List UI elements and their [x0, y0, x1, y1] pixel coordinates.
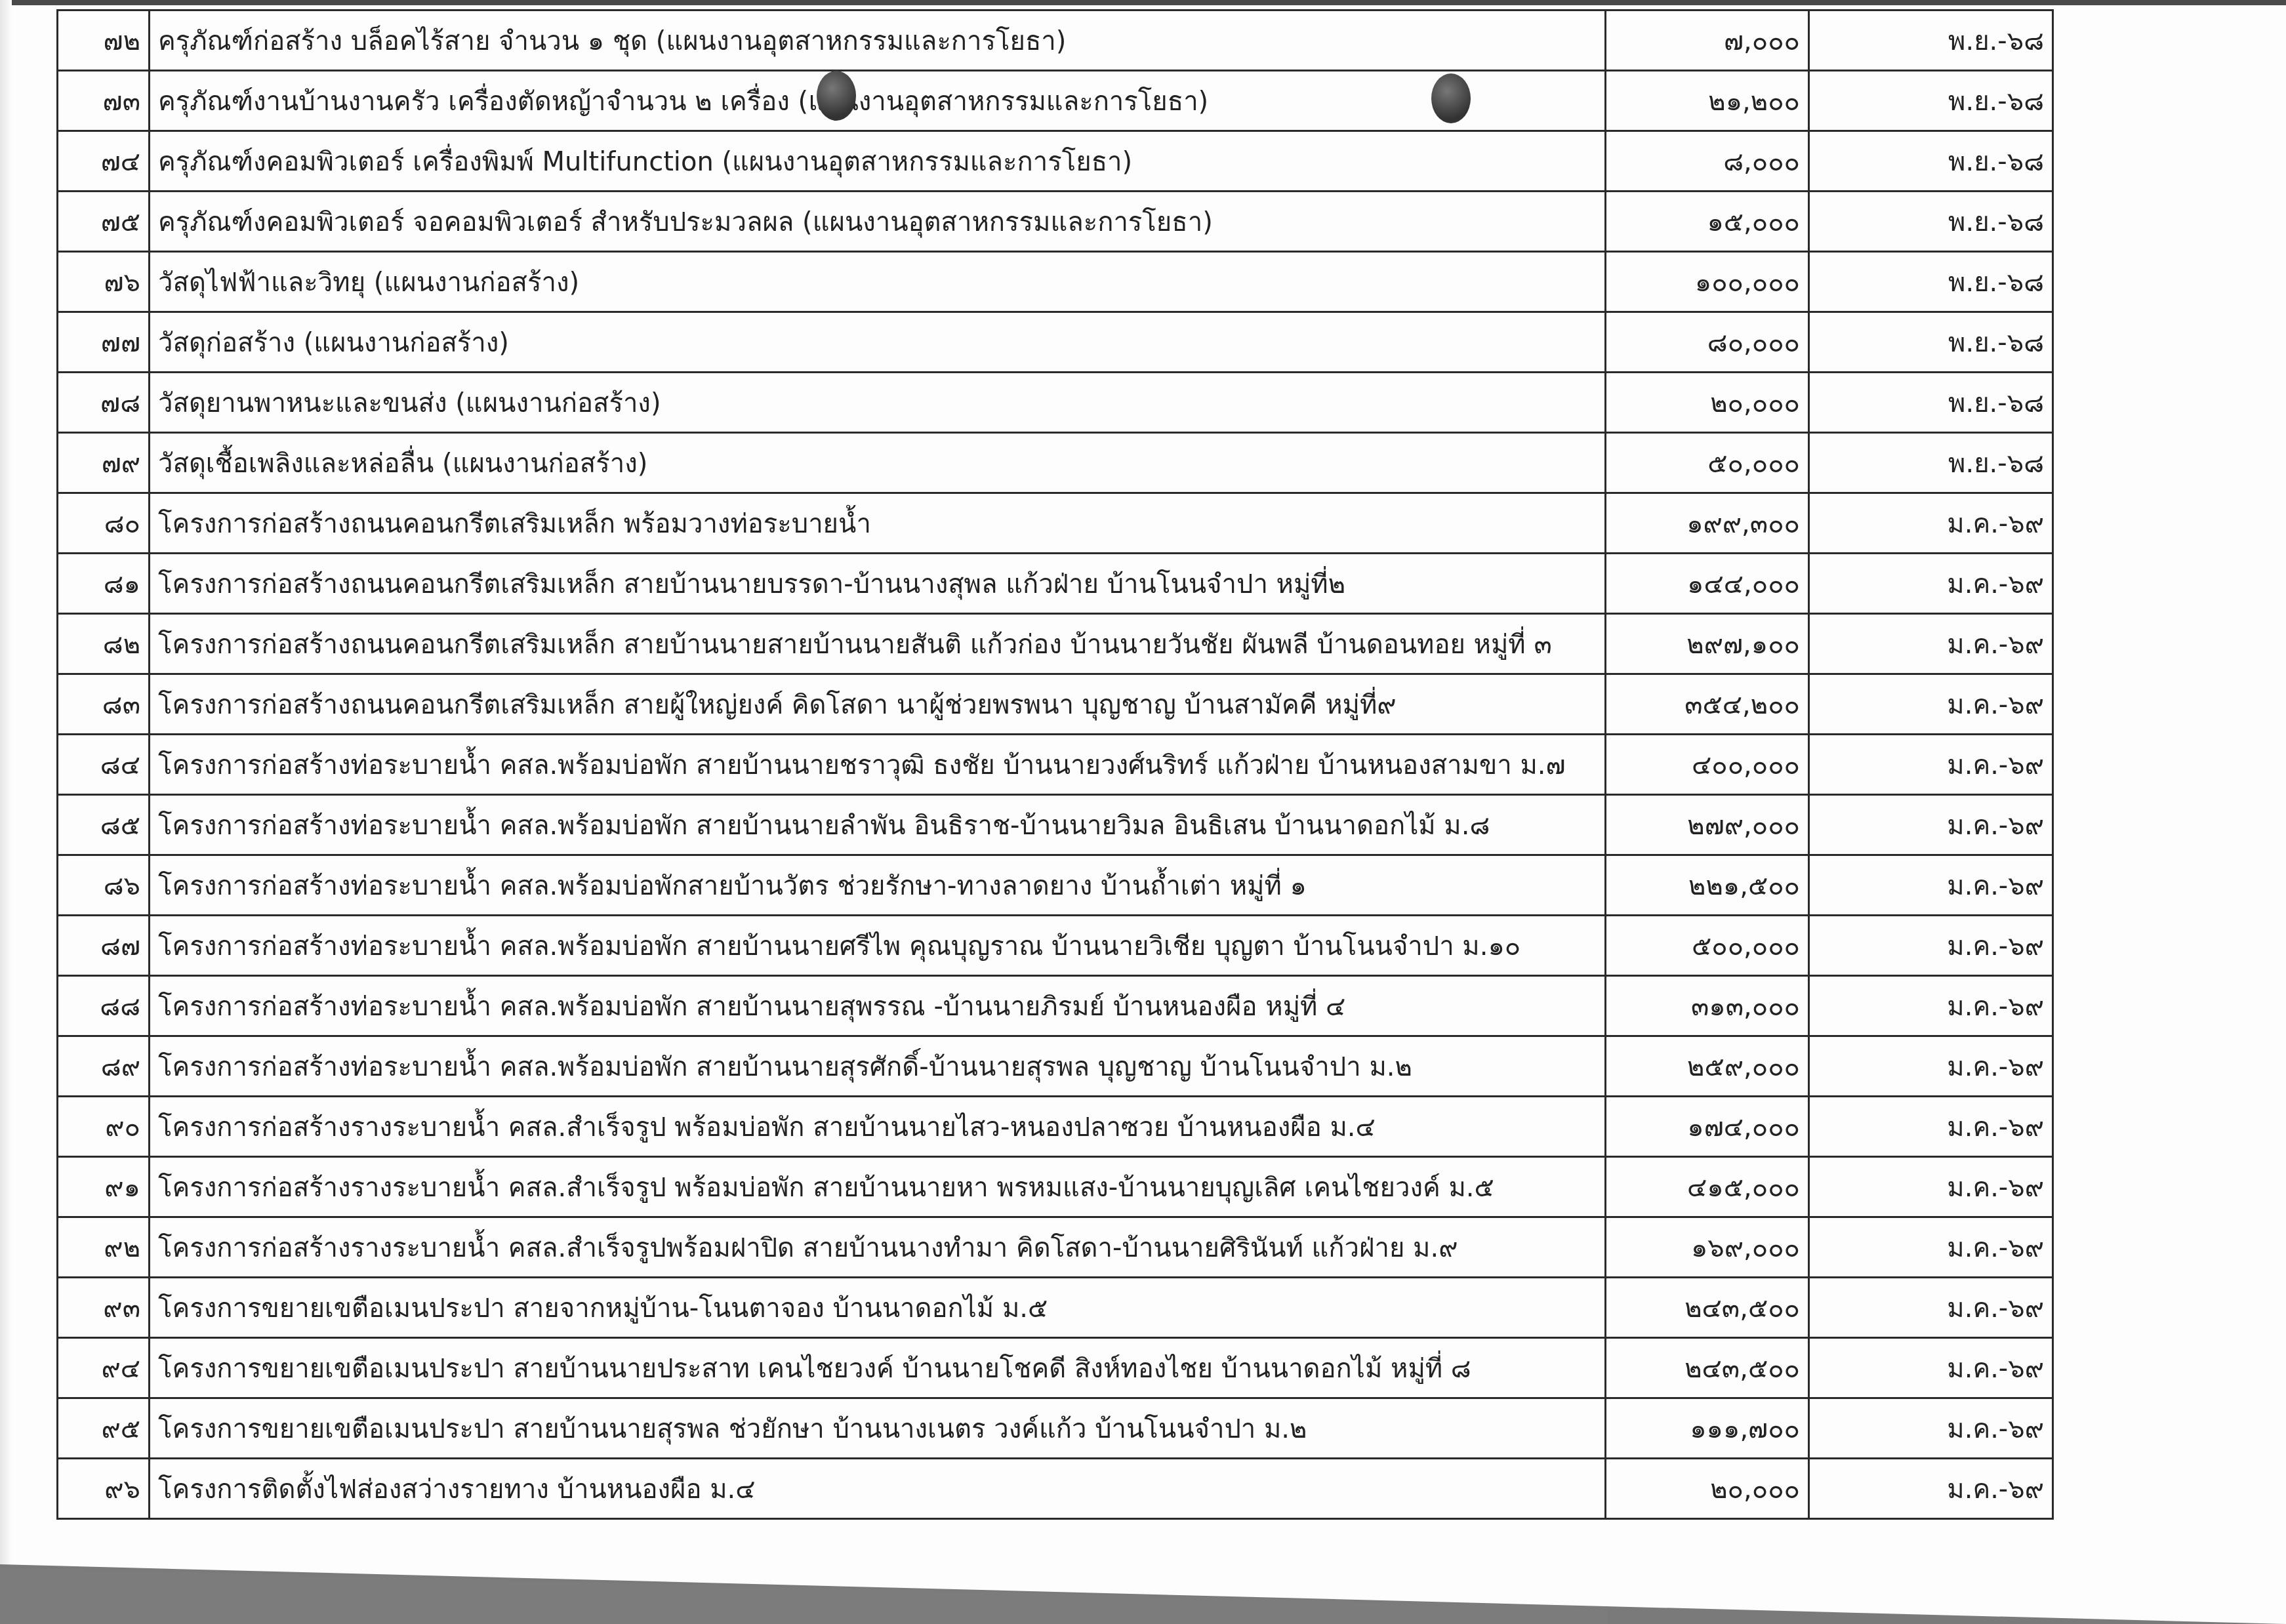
row-amount: ๘,๐๐๐: [1606, 131, 1809, 192]
row-number: ๘๔: [58, 735, 150, 795]
budget-table: ๗๒ครุภัณฑ์ก่อสร้าง บล็อคไร้สาย จำนวน ๑ ช…: [56, 9, 2054, 1520]
row-description: โครงการก่อสร้างรางระบายน้ำ คสล.สำเร็จรูป…: [150, 1217, 1606, 1278]
row-description: ครุภัณฑ์งานบ้านงานครัว เครื่องตัดหญ้าจำน…: [150, 71, 1606, 131]
row-description: ครุภัณฑ์งคอมพิวเตอร์ เครื่องพิมพ์ Multif…: [150, 131, 1606, 192]
table-row: ๘๖โครงการก่อสร้างท่อระบายน้ำ คสล.พร้อมบ่…: [58, 855, 2053, 916]
table-row: ๗๗วัสดุก่อสร้าง (แผนงานก่อสร้าง)๘๐,๐๐๐พ.…: [58, 312, 2053, 373]
row-amount: ๑๗๔,๐๐๐: [1606, 1097, 1809, 1157]
row-period: ม.ค.-๖๙: [1809, 1338, 2053, 1398]
row-description: โครงการก่อสร้างท่อระบายน้ำ คสล.พร้อมบ่อพ…: [150, 795, 1606, 855]
row-period: ม.ค.-๖๙: [1809, 795, 2053, 855]
row-period: ม.ค.-๖๙: [1809, 1217, 2053, 1278]
row-number: ๗๖: [58, 252, 150, 312]
row-number: ๘๗: [58, 916, 150, 976]
row-number: ๗๕: [58, 192, 150, 252]
row-period: ม.ค.-๖๙: [1809, 916, 2053, 976]
table-row: ๘๐โครงการก่อสร้างถนนคอนกรีตเสริมเหล็ก พร…: [58, 493, 2053, 554]
row-number: ๙๔: [58, 1338, 150, 1398]
row-number: ๘๕: [58, 795, 150, 855]
row-period: ม.ค.-๖๙: [1809, 1157, 2053, 1217]
row-period: พ.ย.-๖๘: [1809, 252, 2053, 312]
row-period: ม.ค.-๖๙: [1809, 1278, 2053, 1338]
table-row: ๗๖วัสดุไฟฟ้าและวิทยุ (แผนงานก่อสร้าง)๑๐๐…: [58, 252, 2053, 312]
row-amount: ๗,๐๐๐: [1606, 10, 1809, 71]
row-amount: ๑๕,๐๐๐: [1606, 192, 1809, 252]
row-period: พ.ย.-๖๘: [1809, 131, 2053, 192]
row-period: ม.ค.-๖๙: [1809, 554, 2053, 614]
table-row: ๙๑โครงการก่อสร้างรางระบายน้ำ คสล.สำเร็จร…: [58, 1157, 2053, 1217]
row-number: ๙๖: [58, 1459, 150, 1519]
punch-hole-right: [1431, 73, 1471, 123]
row-period: ม.ค.-๖๙: [1809, 493, 2053, 554]
table-row: ๗๙วัสดุเชื้อเพลิงและหล่อลื่น (แผนงานก่อส…: [58, 433, 2053, 493]
row-amount: ๒๔๓,๕๐๐: [1606, 1338, 1809, 1398]
row-amount: ๔๑๕,๐๐๐: [1606, 1157, 1809, 1217]
row-period: พ.ย.-๖๘: [1809, 71, 2053, 131]
row-period: ม.ค.-๖๙: [1809, 1097, 2053, 1157]
table-row: ๘๘โครงการก่อสร้างท่อระบายน้ำ คสล.พร้อมบ่…: [58, 976, 2053, 1036]
table-row: ๘๔โครงการก่อสร้างท่อระบายน้ำ คสล.พร้อมบ่…: [58, 735, 2053, 795]
row-description: โครงการก่อสร้างถนนคอนกรีตเสริมเหล็ก พร้อ…: [150, 493, 1606, 554]
row-description: โครงการขยายเขตือเมนประปา สายบ้านนายสุรพล…: [150, 1398, 1606, 1459]
table-row: ๗๒ครุภัณฑ์ก่อสร้าง บล็อคไร้สาย จำนวน ๑ ช…: [58, 10, 2053, 71]
row-number: ๗๗: [58, 312, 150, 373]
row-amount: ๒๗๙,๐๐๐: [1606, 795, 1809, 855]
row-number: ๘๓: [58, 674, 150, 735]
row-amount: ๓๕๔,๒๐๐: [1606, 674, 1809, 735]
row-description: วัสดุไฟฟ้าและวิทยุ (แผนงานก่อสร้าง): [150, 252, 1606, 312]
row-amount: ๕๐๐,๐๐๐: [1606, 916, 1809, 976]
row-description: วัสดุเชื้อเพลิงและหล่อลื่น (แผนงานก่อสร้…: [150, 433, 1606, 493]
row-amount: ๑๔๔,๐๐๐: [1606, 554, 1809, 614]
row-period: ม.ค.-๖๙: [1809, 1036, 2053, 1097]
row-amount: ๓๑๓,๐๐๐: [1606, 976, 1809, 1036]
row-period: ม.ค.-๖๙: [1809, 1459, 2053, 1519]
table-row: ๘๕โครงการก่อสร้างท่อระบายน้ำ คสล.พร้อมบ่…: [58, 795, 2053, 855]
row-description: โครงการก่อสร้างท่อระบายน้ำ คสล.พร้อมบ่อพ…: [150, 1036, 1606, 1097]
row-period: พ.ย.-๖๘: [1809, 10, 2053, 71]
row-description: ครุภัณฑ์ก่อสร้าง บล็อคไร้สาย จำนวน ๑ ชุด…: [150, 10, 1606, 71]
row-period: พ.ย.-๖๘: [1809, 433, 2053, 493]
row-amount: ๑๖๙,๐๐๐: [1606, 1217, 1809, 1278]
scan-bottom-shadow-fill: [0, 1568, 1607, 1624]
scan-top-edge: [0, 0, 2286, 5]
row-description: ครุภัณฑ์งคอมพิวเตอร์ จอคอมพิวเตอร์ สำหรั…: [150, 192, 1606, 252]
row-number: ๙๓: [58, 1278, 150, 1338]
row-number: ๙๕: [58, 1398, 150, 1459]
row-description: โครงการติดตั้งไฟส่องสว่างรายทาง บ้านหนอง…: [150, 1459, 1606, 1519]
row-number: ๗๓: [58, 71, 150, 131]
row-number: ๘๘: [58, 976, 150, 1036]
row-period: พ.ย.-๖๘: [1809, 192, 2053, 252]
row-number: ๗๔: [58, 131, 150, 192]
row-number: ๙๒: [58, 1217, 150, 1278]
row-amount: ๑๙๙,๓๐๐: [1606, 493, 1809, 554]
punch-hole-left: [817, 71, 856, 121]
row-number: ๘๖: [58, 855, 150, 916]
table-row: ๙๕โครงการขยายเขตือเมนประปา สายบ้านนายสุร…: [58, 1398, 2053, 1459]
row-number: ๘๑: [58, 554, 150, 614]
table-row: ๙๖โครงการติดตั้งไฟส่องสว่างรายทาง บ้านหน…: [58, 1459, 2053, 1519]
row-number: ๘๙: [58, 1036, 150, 1097]
row-amount: ๒๔๓,๕๐๐: [1606, 1278, 1809, 1338]
row-number: ๙๐: [58, 1097, 150, 1157]
row-description: วัสดุยานพาหนะและขนส่ง (แผนงานก่อสร้าง): [150, 373, 1606, 433]
table-row: ๘๑โครงการก่อสร้างถนนคอนกรีตเสริมเหล็ก สา…: [58, 554, 2053, 614]
row-amount: ๒๕๙,๐๐๐: [1606, 1036, 1809, 1097]
table-row: ๗๘วัสดุยานพาหนะและขนส่ง (แผนงานก่อสร้าง)…: [58, 373, 2053, 433]
row-amount: ๒๑,๒๐๐: [1606, 71, 1809, 131]
row-period: ม.ค.-๖๙: [1809, 735, 2053, 795]
row-number: ๙๑: [58, 1157, 150, 1217]
row-description: โครงการก่อสร้างรางระบายน้ำ คสล.สำเร็จรูป…: [150, 1157, 1606, 1217]
table-row: ๙๒โครงการก่อสร้างรางระบายน้ำ คสล.สำเร็จร…: [58, 1217, 2053, 1278]
row-amount: ๒๙๗,๑๐๐: [1606, 614, 1809, 674]
table-row: ๘๙โครงการก่อสร้างท่อระบายน้ำ คสล.พร้อมบ่…: [58, 1036, 2053, 1097]
table-row: ๗๕ครุภัณฑ์งคอมพิวเตอร์ จอคอมพิวเตอร์ สำห…: [58, 192, 2053, 252]
row-amount: ๕๐,๐๐๐: [1606, 433, 1809, 493]
row-description: โครงการก่อสร้างถนนคอนกรีตเสริมเหล็ก สายบ…: [150, 614, 1606, 674]
budget-table-body: ๗๒ครุภัณฑ์ก่อสร้าง บล็อคไร้สาย จำนวน ๑ ช…: [58, 10, 2053, 1519]
row-description: โครงการก่อสร้างท่อระบายน้ำ คสล.พร้อมบ่อพ…: [150, 916, 1606, 976]
table-row: ๘๗โครงการก่อสร้างท่อระบายน้ำ คสล.พร้อมบ่…: [58, 916, 2053, 976]
row-period: ม.ค.-๖๙: [1809, 855, 2053, 916]
table-row: ๗๔ครุภัณฑ์งคอมพิวเตอร์ เครื่องพิมพ์ Mult…: [58, 131, 2053, 192]
scan-left-edge: [0, 0, 12, 1624]
row-period: พ.ย.-๖๘: [1809, 373, 2053, 433]
row-description: โครงการก่อสร้างถนนคอนกรีตเสริมเหล็ก สายบ…: [150, 554, 1606, 614]
row-number: ๗๘: [58, 373, 150, 433]
table-row: ๗๓ครุภัณฑ์งานบ้านงานครัว เครื่องตัดหญ้าจ…: [58, 71, 2053, 131]
row-description: วัสดุก่อสร้าง (แผนงานก่อสร้าง): [150, 312, 1606, 373]
row-description: โครงการก่อสร้างท่อระบายน้ำ คสล.พร้อมบ่อพ…: [150, 855, 1606, 916]
row-description: โครงการก่อสร้างรางระบายน้ำ คสล.สำเร็จรูป…: [150, 1097, 1606, 1157]
row-description: โครงการก่อสร้างถนนคอนกรีตเสริมเหล็ก สายผ…: [150, 674, 1606, 735]
row-description: โครงการขยายเขตือเมนประปา สายบ้านนายประสา…: [150, 1338, 1606, 1398]
row-description: โครงการก่อสร้างท่อระบายน้ำ คสล.พร้อมบ่อพ…: [150, 735, 1606, 795]
row-number: ๗๙: [58, 433, 150, 493]
row-period: ม.ค.-๖๙: [1809, 976, 2053, 1036]
table-row: ๙๐โครงการก่อสร้างรางระบายน้ำ คสล.สำเร็จร…: [58, 1097, 2053, 1157]
row-number: ๘๐: [58, 493, 150, 554]
row-amount: ๑๐๐,๐๐๐: [1606, 252, 1809, 312]
row-amount: ๘๐,๐๐๐: [1606, 312, 1809, 373]
row-description: โครงการขยายเขตือเมนประปา สายจากหมู่บ้าน-…: [150, 1278, 1606, 1338]
row-amount: ๒๐,๐๐๐: [1606, 1459, 1809, 1519]
row-period: พ.ย.-๖๘: [1809, 312, 2053, 373]
row-amount: ๔๐๐,๐๐๐: [1606, 735, 1809, 795]
row-description: โครงการก่อสร้างท่อระบายน้ำ คสล.พร้อมบ่อพ…: [150, 976, 1606, 1036]
row-number: ๗๒: [58, 10, 150, 71]
table-row: ๘๒โครงการก่อสร้างถนนคอนกรีตเสริมเหล็ก สา…: [58, 614, 2053, 674]
row-amount: ๒๐,๐๐๐: [1606, 373, 1809, 433]
row-period: ม.ค.-๖๙: [1809, 674, 2053, 735]
row-amount: ๑๑๑,๗๐๐: [1606, 1398, 1809, 1459]
row-amount: ๒๒๑,๕๐๐: [1606, 855, 1809, 916]
row-period: ม.ค.-๖๙: [1809, 614, 2053, 674]
row-number: ๘๒: [58, 614, 150, 674]
row-period: ม.ค.-๖๙: [1809, 1398, 2053, 1459]
table-row: ๘๓โครงการก่อสร้างถนนคอนกรีตเสริมเหล็ก สา…: [58, 674, 2053, 735]
table-row: ๙๔โครงการขยายเขตือเมนประปา สายบ้านนายประ…: [58, 1338, 2053, 1398]
table-row: ๙๓โครงการขยายเขตือเมนประปา สายจากหมู่บ้า…: [58, 1278, 2053, 1338]
